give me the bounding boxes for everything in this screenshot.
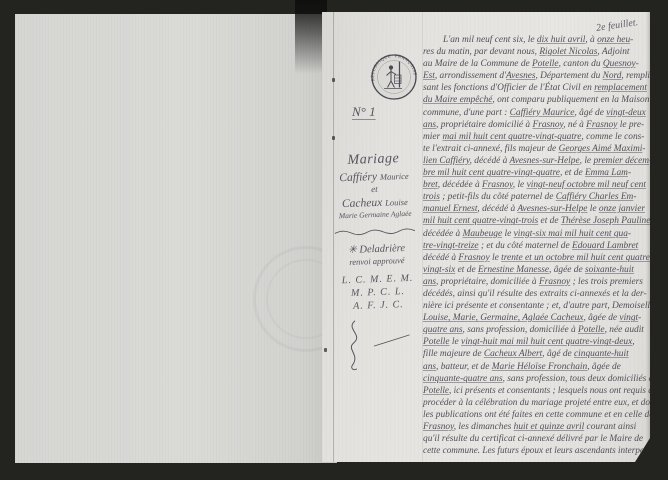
- act-body-line: mier mai mil huit cent quatre-vingt-quat…: [423, 131, 657, 143]
- binding-stitch: [332, 78, 335, 82]
- act-body-line: ans, propriétaire domicilié à Frasnoy, n…: [423, 119, 657, 131]
- republique-francaise-stamp-icon: RÉPUBLIQUE FRANÇAISE: [368, 50, 420, 104]
- act-body-line: cette commune. Les futurs époux et leurs…: [423, 445, 652, 457]
- groom-firstname: Maurice: [380, 171, 409, 182]
- act-body-line: du Maire empêché, ont comparu publiqueme…: [423, 94, 657, 106]
- page-stack-edge: [646, 12, 650, 462]
- sheet-caption: 2e feuillet.: [595, 17, 638, 34]
- scanned-register-photo: 2e feuillet. RÉPUBLIQUE FRANÇAISE: [0, 0, 668, 480]
- act-body-line: cinquante-quatre ans, sans profession, t…: [423, 373, 657, 385]
- act-body: L'an mil neuf cent six, le dix huit avri…: [423, 34, 657, 457]
- act-body-line: qu'il résulte du certificat ci-annexé dé…: [423, 433, 657, 445]
- act-body-line: Frasnoy, les dimanches huit et quinze av…: [423, 421, 657, 433]
- margin-initials: L. C. M. E. M.M. P. C. L.A. F. J. C.: [324, 271, 431, 314]
- act-body-line: res du matin, par devant nous, Rigolet N…: [423, 46, 657, 58]
- act-body-line: les publications ont été faites en cette…: [423, 409, 657, 421]
- act-body-line: mil huit cent quatre-vingt-trois et de T…: [423, 215, 657, 227]
- squiggle-divider: [333, 227, 419, 238]
- act-body-line: ans, batteur, et de Marie Héloïse Fronch…: [423, 361, 657, 373]
- act-body-line: vingt-six et de Ernestine Manesse, âgée …: [423, 264, 657, 276]
- paraph-flourish-icon: [339, 315, 421, 376]
- act-body-line: Potelle le vingt-huit mai mil huit cent …: [423, 336, 657, 348]
- act-body-line: fille majeure de Cacheux Albert, âgé de …: [423, 348, 657, 360]
- act-body-line: trois ; petit-fils du côté paternel de C…: [423, 191, 657, 203]
- act-body-line: bre mil huit cent quatre-vingt-quatre, e…: [423, 167, 657, 179]
- act-body-line: L'an mil neuf cent six, le dix huit avri…: [423, 34, 657, 46]
- act-body-line: procéder à la célébration du mariage pro…: [423, 397, 655, 409]
- act-body-line: Est, arrondissement d'Avesnes, Départeme…: [423, 70, 655, 82]
- act-body-line: lien Caffiéry, décédé à Avesnes-sur-Help…: [423, 155, 657, 167]
- act-body-line: Potelle, ici présents et consentants ; l…: [423, 385, 652, 397]
- act-number: N° 1: [352, 104, 376, 120]
- act-body-line: au Maire de la Commune de Potelle, canto…: [423, 58, 657, 70]
- act-body-line: quatre ans, sans profession, domiciliée …: [423, 324, 657, 336]
- act-body-line: ans, propriétaire, domiciliée à Frasnoy …: [423, 276, 657, 288]
- margin-notes: Mariage Caffiéry Maurice et Cacheux Loui…: [320, 150, 434, 376]
- act-title: Mariage: [320, 150, 426, 170]
- act-body-line: tre-vingt-treize ; et du côté maternel d…: [423, 240, 657, 252]
- groom-surname: Caffiéry: [339, 171, 377, 184]
- act-body-line: sant les fonctions d'Officier de l'État …: [423, 82, 657, 94]
- act-body-line: décédé à Frasnoy le trente et un octobre…: [423, 252, 657, 264]
- act-body-line: nière ici présente et consentante ; et, …: [423, 300, 657, 312]
- binding-stitch: [332, 136, 335, 140]
- margin-initials-row: A. F. J. C.: [325, 297, 431, 314]
- bride-surname: Cacheux: [342, 197, 383, 210]
- act-body-line: décédée à Maubeuge le vingt-six mai mil …: [423, 228, 657, 240]
- act-body-line: manuel Ernest, décédé à Avesnes-sur-Help…: [423, 203, 657, 215]
- register-act-page: 2e feuillet. RÉPUBLIQUE FRANÇAISE: [322, 12, 650, 462]
- left-blank-page: [15, 14, 337, 463]
- act-body-line: te l'extrait ci-annexé, fils majeur de G…: [423, 143, 657, 155]
- act-body-line: Louise, Marie, Germaine, Aglaée Cacheux,…: [423, 312, 657, 324]
- act-body-line: décédés, ainsi qu'il résulte des extrait…: [423, 288, 657, 300]
- act-body-line: bret, décédée à Frasnoy, le vingt-neuf o…: [423, 179, 657, 191]
- act-body-line: commune, d'une part : Caffiéry Maurice, …: [423, 107, 657, 119]
- bride-firstname: Louise: [385, 197, 408, 208]
